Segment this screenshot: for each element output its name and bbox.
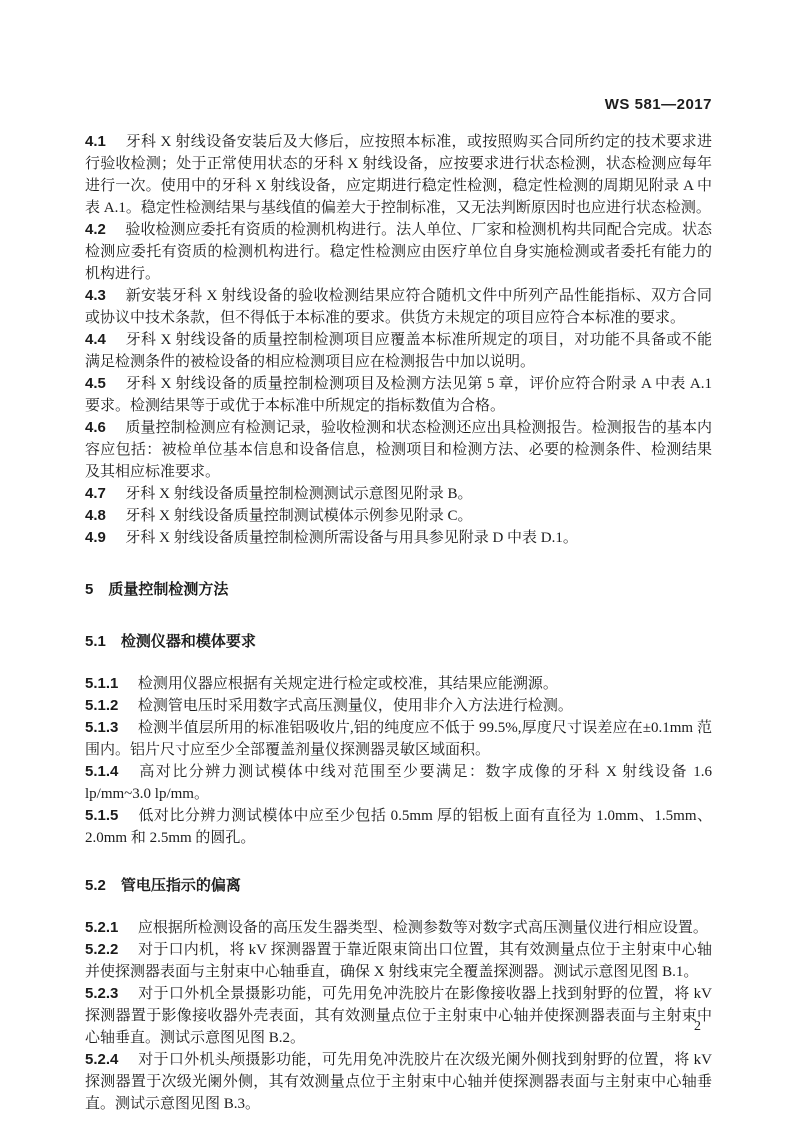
document-code-header: WS 581—2017 — [85, 95, 712, 115]
clause-text: 牙科 X 射线设备的质量控制检测项目应覆盖本标准所规定的项目，对功能不具备或不能… — [85, 332, 712, 370]
clause-5-2-3: 5.2.3对于口外机全景摄影功能，可先用免冲洗胶片在影像接收器上找到射野的位置，… — [85, 983, 712, 1049]
clause-number: 4.3 — [85, 287, 125, 304]
page-content: WS 581—2017 4.1牙科 X 射线设备安装后及大修后，应按照本标准，或… — [85, 95, 712, 1115]
section-heading-5-2: 5.2管电压指示的偏离 — [85, 875, 712, 897]
clause-number: 5.2.1 — [85, 919, 138, 936]
clause-4-5: 4.5牙科 X 射线设备的质量控制检测项目及检测方法见第 5 章，评价应符合附录… — [85, 373, 712, 417]
clause-5-2-4: 5.2.4对于口外机头颅摄影功能，可先用免冲洗胶片在次级光阑外侧找到射野的位置，… — [85, 1049, 712, 1115]
clause-4-9: 4.9牙科 X 射线设备质量控制检测所需设备与用具参见附录 D 中表 D.1。 — [85, 527, 712, 549]
clause-4-2: 4.2验收检测应委托有资质的检测机构进行。法人单位、厂家和检测机构共同配合完成。… — [85, 219, 712, 285]
clause-5-2-2: 5.2.2对于口内机，将 kV 探测器置于靠近限束筒出口位置，其有效测量点位于主… — [85, 939, 712, 983]
clause-4-8: 4.8牙科 X 射线设备质量控制测试模体示例参见附录 C。 — [85, 505, 712, 527]
heading-text: 管电压指示的偏离 — [121, 877, 241, 894]
clause-number: 4.8 — [85, 507, 125, 524]
clause-text: 低对比分辨力测试模体中应至少包括 0.5mm 厚的铝板上面有直径为 1.0mm、… — [85, 808, 712, 846]
clause-number: 5.1.1 — [85, 675, 138, 692]
clause-number: 5.1.2 — [85, 697, 138, 714]
clause-text: 对于口内机，将 kV 探测器置于靠近限束筒出口位置，其有效测量点位于主射束中心轴… — [85, 942, 712, 980]
clause-text: 牙科 X 射线设备质量控制检测所需设备与用具参见附录 D 中表 D.1。 — [125, 530, 578, 546]
clause-5-1-2: 5.1.2检测管电压时采用数字式高压测量仪，使用非介入方法进行检测。 — [85, 695, 712, 717]
clause-number: 5.2.3 — [85, 985, 138, 1002]
clause-text: 检测管电压时采用数字式高压测量仪，使用非介入方法进行检测。 — [138, 698, 573, 714]
heading-number: 5.2 — [85, 877, 121, 894]
clause-number: 4.6 — [85, 419, 125, 436]
clause-4-7: 4.7牙科 X 射线设备质量控制检测测试示意图见附录 B。 — [85, 483, 712, 505]
clause-number: 5.2.4 — [85, 1051, 138, 1068]
clause-text: 牙科 X 射线设备质量控制测试模体示例参见附录 C。 — [125, 508, 472, 524]
document-page: WS 581—2017 4.1牙科 X 射线设备安装后及大修后，应按照本标准，或… — [0, 0, 793, 1122]
section-heading-5-1: 5.1检测仪器和模体要求 — [85, 631, 712, 653]
heading-text: 检测仪器和模体要求 — [121, 633, 256, 650]
clause-5-1-5: 5.1.5低对比分辨力测试模体中应至少包括 0.5mm 厚的铝板上面有直径为 1… — [85, 805, 712, 849]
clause-number: 4.1 — [85, 133, 125, 150]
clause-5-1-1: 5.1.1检测用仪器应根据有关规定进行检定或校准，其结果应能溯源。 — [85, 673, 712, 695]
clause-text: 质量控制检测应有检测记录，验收检测和状态检测还应出具检测报告。检测报告的基本内容… — [85, 420, 712, 480]
clause-text: 对于口外机头颅摄影功能，可先用免冲洗胶片在次级光阑外侧找到射野的位置，将 kV … — [85, 1052, 712, 1112]
clause-number: 5.1.3 — [85, 719, 138, 736]
heading-text: 质量控制检测方法 — [108, 581, 228, 598]
clause-text: 高对比分辨力测试模体中线对范围至少要满足：数字成像的牙科 X 射线设备 1.6 … — [85, 764, 712, 802]
clause-number: 4.9 — [85, 529, 125, 546]
clause-number: 4.4 — [85, 331, 125, 348]
clause-text: 牙科 X 射线设备安装后及大修后，应按照本标准，或按照购买合同所约定的技术要求进… — [85, 134, 712, 216]
clause-4-6: 4.6质量控制检测应有检测记录，验收检测和状态检测还应出具检测报告。检测报告的基… — [85, 417, 712, 483]
clause-5-1-3: 5.1.3检测半值层所用的标准铝吸收片,铝的纯度应不低于 99.5%,厚度尺寸误… — [85, 717, 712, 761]
clause-text: 对于口外机全景摄影功能，可先用免冲洗胶片在影像接收器上找到射野的位置，将 kV … — [85, 986, 712, 1046]
clause-number: 5.1.5 — [85, 807, 138, 824]
clause-text: 检测半值层所用的标准铝吸收片,铝的纯度应不低于 99.5%,厚度尺寸误差应在±0… — [85, 720, 712, 758]
clause-number: 4.2 — [85, 221, 125, 238]
clause-text: 应根据所检测设备的高压发生器类型、检测参数等对数字式高压测量仪进行相应设置。 — [138, 920, 708, 936]
page-number: 2 — [694, 1018, 701, 1036]
clause-number: 4.5 — [85, 375, 125, 392]
clause-number: 5.1.4 — [85, 763, 138, 780]
section-heading-5: 5质量控制检测方法 — [85, 579, 712, 601]
clause-number: 5.2.2 — [85, 941, 138, 958]
clause-number: 4.7 — [85, 485, 125, 502]
clause-text: 新安装牙科 X 射线设备的验收检测结果应符合随机文件中所列产品性能指标、双方合同… — [85, 288, 712, 326]
clause-text: 牙科 X 射线设备质量控制检测测试示意图见附录 B。 — [125, 486, 472, 502]
clause-5-1-4: 5.1.4高对比分辨力测试模体中线对范围至少要满足：数字成像的牙科 X 射线设备… — [85, 761, 712, 805]
clause-4-1: 4.1牙科 X 射线设备安装后及大修后，应按照本标准，或按照购买合同所约定的技术… — [85, 131, 712, 219]
clause-4-4: 4.4牙科 X 射线设备的质量控制检测项目应覆盖本标准所规定的项目，对功能不具备… — [85, 329, 712, 373]
clause-text: 检测用仪器应根据有关规定进行检定或校准，其结果应能溯源。 — [138, 676, 558, 692]
clause-5-2-1: 5.2.1应根据所检测设备的高压发生器类型、检测参数等对数字式高压测量仪进行相应… — [85, 917, 712, 939]
clause-text: 牙科 X 射线设备的质量控制检测项目及检测方法见第 5 章，评价应符合附录 A … — [85, 376, 712, 414]
clause-text: 验收检测应委托有资质的检测机构进行。法人单位、厂家和检测机构共同配合完成。状态检… — [85, 222, 712, 282]
heading-number: 5.1 — [85, 633, 121, 650]
clause-4-3: 4.3新安装牙科 X 射线设备的验收检测结果应符合随机文件中所列产品性能指标、双… — [85, 285, 712, 329]
heading-number: 5 — [85, 581, 108, 598]
